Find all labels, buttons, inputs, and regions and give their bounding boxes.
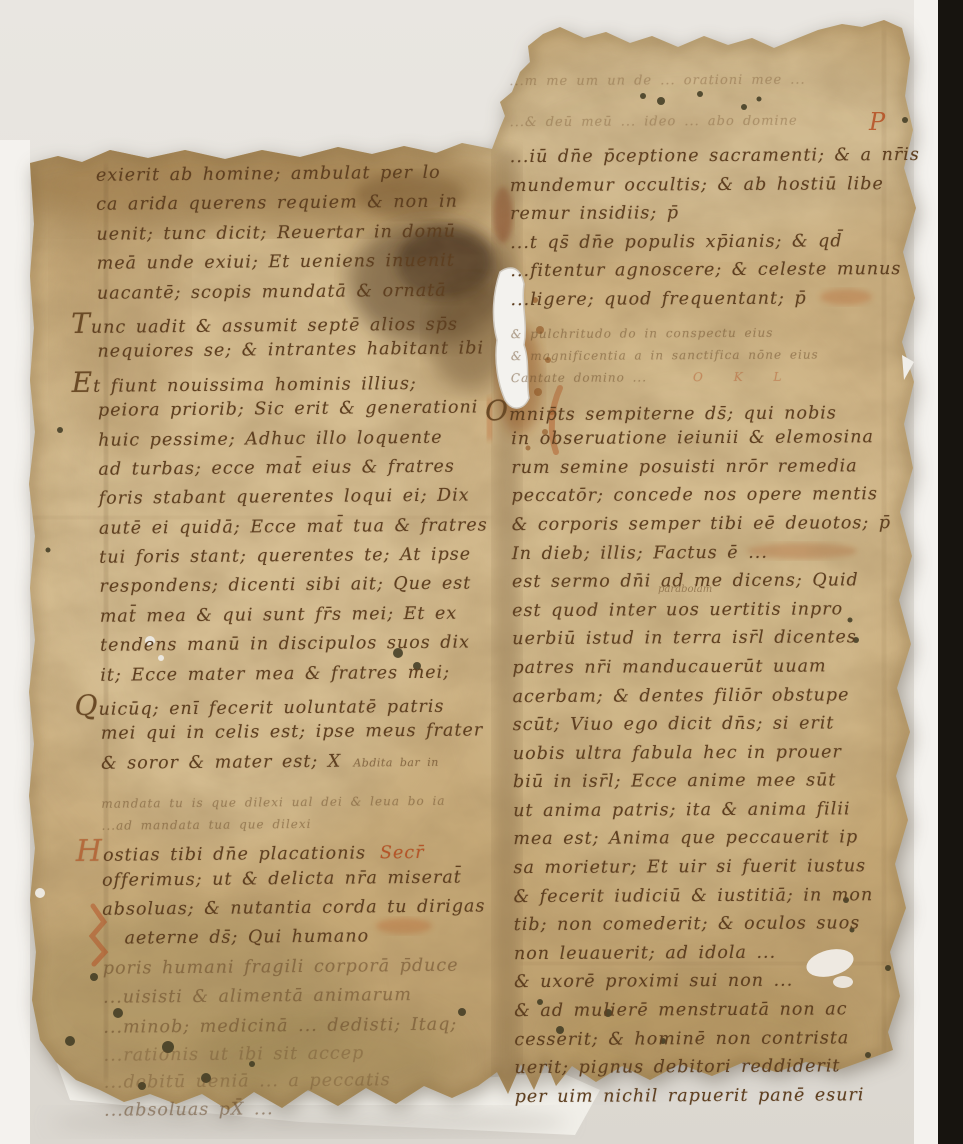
marginal-note: Abdita bar in — [353, 756, 439, 770]
manuscript-text-line: aeterne ds̄; Qui humano — [102, 922, 502, 955]
manuscript-text-line: & ad mulierē menstruatā non ac — [514, 995, 934, 1026]
manuscript-text-line: Cantate domino ...O K L — [511, 364, 931, 388]
manuscript-text-line: & uxorē proximi sui non ... — [514, 966, 934, 997]
manuscript-text-line: ad turbas; ecce mat̄ eius & fratres — [98, 452, 498, 485]
manuscript-text-line: ut anima patris; ita & anima filii — [513, 795, 933, 826]
manuscript-text-line: absoluas; & nutantia corda tu dirigas — [102, 892, 502, 925]
manuscript-text-line: biū in isr̄l; Ecce anime mee sūt — [513, 766, 933, 797]
manuscript-text-line: non leuauerit; ad idola ... — [514, 938, 934, 969]
manuscript-text-line: mundemur occultis; & ab hostiū libe — [510, 169, 930, 200]
manuscript-text-line: acerbam; & dentes filiōr obstupe — [513, 680, 933, 711]
manuscript-text-line: foris stabant querentes loqui ei; Dix — [99, 482, 499, 515]
black-band — [938, 0, 963, 1144]
manuscript-text-line: poris humani fragili corporā p̄duce — [103, 951, 503, 984]
manuscript-text-line: rum semine posuisti nrōr remedia — [511, 452, 931, 483]
manuscript-text-line: ca arida querens requiem & non in — [96, 188, 496, 221]
manuscript-text-line: huic pessime; Adhuc illo loquente — [98, 423, 498, 456]
manuscript-text-line: sa morietur; Et uir si fuerit iustus — [513, 852, 933, 883]
manuscript-text-line: scūt; Viuo ego dicit dn̄s; si erit — [513, 709, 933, 740]
manuscript-text-line: ...absoluas pX̄ ... — [104, 1093, 504, 1126]
manuscript-text-line: exierit ab homine; ambulat per lo — [96, 158, 496, 191]
manuscript-text-line: ...ligere; quod frequentant; p̄ — [510, 284, 930, 315]
manuscript-text-line: uenit; tunc dicit; Reuertar in domū — [96, 217, 496, 250]
manuscript-text-line: tendens manū in discipulos suos dix — [100, 629, 500, 662]
manuscript-text-line: remur insidiis; p̄ — [510, 198, 930, 229]
manuscript-text-line: est quod inter uos uertitis inpro — [512, 595, 932, 626]
interlinear-gloss: parabolam — [658, 584, 712, 595]
manuscript-text-line: & fecerit iudiciū & iustitiā; in mon — [514, 881, 934, 912]
manuscript-text-line: & corporis semper tibi eē deuotos; p̄ — [512, 509, 932, 540]
left-text-column: exierit ab homine; ambulat per loca arid… — [96, 158, 504, 1126]
manuscript-text-line: Tunc uadit & assumit septē alios sp̄s — [97, 305, 497, 338]
manuscript-text-line: tui foris stant; querentes te; At ipse — [99, 540, 499, 573]
manuscript-text-line: Omnip̄ts sempiterne ds̄; qui nobis — [511, 394, 931, 425]
manuscript-text-line: offerimus; ut & delicta nr̄a miserat̄ — [102, 863, 502, 896]
manuscript-text-line: uerbiū istud in terra isr̄l dicentes — [512, 623, 932, 654]
manuscript-text-line: mat̄ mea & qui sunt fr̄s mei; Et ex — [100, 599, 500, 632]
manuscript-text-line: ...iū dn̄e p̄ceptione sacramenti; & a nr… — [510, 141, 930, 172]
manuscript-text-line: Et fiunt nouissima hominis illius; — [98, 364, 498, 397]
manuscript-text-line: ...minob; medicinā ... dedisti; Itaq; — [103, 1010, 503, 1043]
manuscript-text-line: In dieb; illis; Factus ē ... — [512, 537, 932, 568]
manuscript-text-line: & soror & mater est; XAbdita bar in — [101, 746, 501, 779]
red-rubric-letter-p: P — [869, 108, 885, 136]
backing-paper-left — [0, 140, 30, 1144]
manuscript-text-line: ...m me um un de ... orationi mee ... — [509, 59, 929, 102]
manuscript-text-line: tib; non comederit; & oculos suos — [514, 909, 934, 940]
manuscript-text-line: mea est; Anima que peccauerit ip — [513, 823, 933, 854]
manuscript-text-line: cesserit; & hominē non contrista — [514, 1024, 934, 1055]
manuscript-text-line: meā unde exiui; Et ueniens inuenit — [97, 246, 497, 279]
manuscript-text-line: nequiores se; & intrantes habitant ibi — [97, 335, 497, 368]
manuscript-text-line: & magnificentia a in sanctifica nōne eiu… — [511, 342, 931, 366]
manuscript-text-line: ...rationis ut ibi sit accep — [103, 1039, 503, 1069]
manuscript-text-line: ...& deū meū ... ideo ... abo domine — [509, 100, 929, 143]
manuscript-text-line: Hostias tibi dn̄e placationisSecr̄ — [102, 833, 502, 866]
manuscript-text-line: est sermo dn̄i ad me dicens; Quid — [512, 566, 932, 597]
manuscript-text-line: ...fitentur agnoscere; & celeste munus — [510, 255, 930, 286]
manuscript-text-line: patres nr̄i manducauerūt uuam — [512, 652, 932, 683]
rubric-text: Secr̄ — [380, 843, 425, 863]
manuscript-text-line: ...uisisti & alimentā animarum — [103, 980, 503, 1013]
manuscript-text-line: Quicūq; enī fecerit uoluntatē patris — [100, 687, 500, 720]
small-hole — [35, 888, 45, 898]
manuscript-text-line: mei qui in celis est; ipse meus frater — [101, 717, 501, 750]
manuscript-text-line: autē ei quidā; Ecce mat̄ tua & fratres — [99, 511, 499, 544]
manuscript-text-line: peiora priorib; Sic erit & generationi — [98, 393, 498, 426]
manuscript-text-line: in obseruatione ieiunii & elemosina — [511, 423, 931, 454]
manuscript-text-line: uacantē; scopis mundatā & ornatā — [97, 276, 497, 309]
manuscript-text-line: peccatōr; concede nos opere mentis — [511, 480, 931, 511]
manuscript-text-line: it; Ecce mater mea & fratres mei; — [100, 658, 500, 691]
manuscript-text-line: uobis ultra fabula hec in prouer — [513, 738, 933, 769]
manuscript-photo: exierit ab homine; ambulat per loca arid… — [0, 0, 963, 1144]
manuscript-text-line: per uim nichil rapuerit panē esuri — [515, 1081, 935, 1112]
right-text-column: ...m me um un de ... orationi mee ......… — [509, 59, 934, 1112]
manuscript-text-line: & pulchritudo do in conspectu eius — [511, 320, 931, 344]
rubric-text: O K L — [693, 369, 793, 384]
manuscript-text-line: respondens; dicenti sibi ait; Que est — [99, 570, 499, 603]
manuscript-text-line: ...debitū ueniā ... a peccatis — [104, 1066, 504, 1096]
manuscript-text-line: uerit; pignus debitori reddiderit — [514, 1052, 934, 1083]
manuscript-text-line: ...t qs̄ dn̄e populis xp̄ianis; & qd̄ — [510, 227, 930, 258]
